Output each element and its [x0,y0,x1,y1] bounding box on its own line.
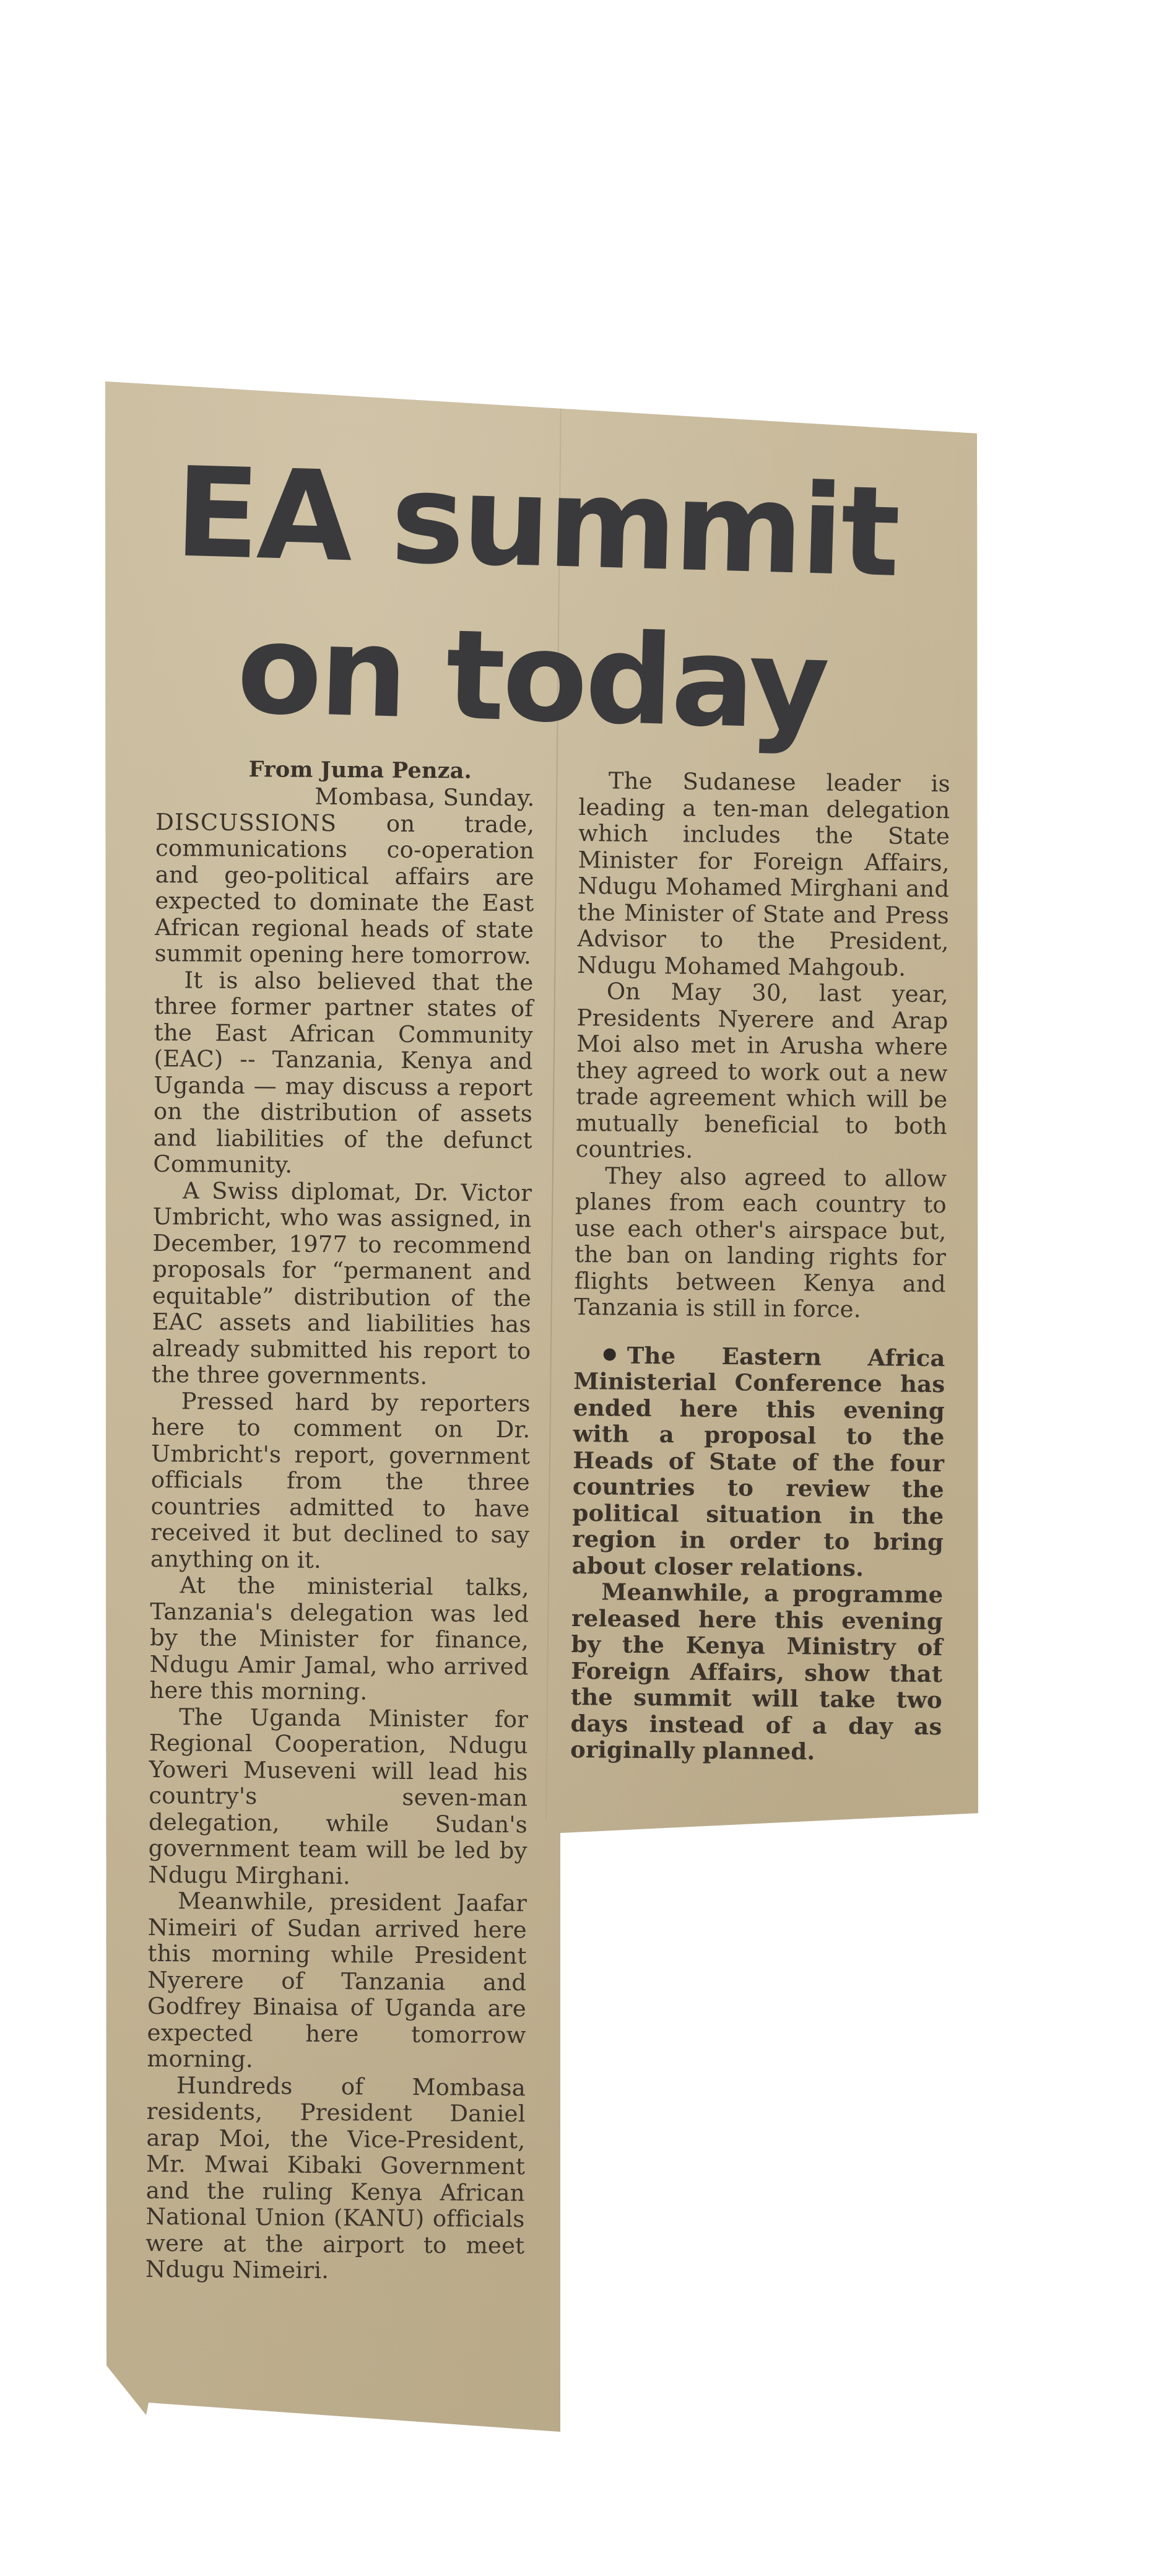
left-column: From Juma Penza. Mombasa, Sunday.DISCUSS… [145,755,535,2286]
paragraph: At the ministerial talks, Tanzania's del… [149,1572,529,1707]
newspaper-clipping: EA summit on today From Juma Penza. Momb… [0,0,1159,2576]
paragraph: Pressed hard by reporters here to commen… [150,1388,531,1575]
paragraph: They also agreed to allow planes from ea… [574,1162,947,1323]
paragraph: The Uganda Minister for Regional Coopera… [148,1704,528,1891]
headline: EA summit on today [115,434,953,767]
byline: From Juma Penza. [156,755,535,785]
bold-section: The Eastern Africa Ministerial Conferenc… [570,1341,945,1765]
paragraph: The Sudanese leader is leading a ten-man… [577,768,950,981]
dateline: Mombasa, Sunday. [155,783,534,812]
paragraph-lead: Mombasa, Sunday.DISCUSSIONS on trade, co… [155,783,535,970]
paragraph: On May 30, last year, Presidents Nyerere… [575,978,948,1166]
paragraph: Hundreds of Mombasa residents, President… [145,2072,526,2285]
bold-paragraph-text: The Eastern Africa Ministerial Conferenc… [572,1341,945,1581]
headline-line-2: on today [115,589,948,767]
headline-line-1: EA summit [119,434,953,612]
paragraph: It is also believed that the three forme… [153,967,533,1180]
bold-paragraph: Meanwhile, a programme released here thi… [570,1578,944,1766]
paragraph: A Swiss diplomat, Dr. Victor Umbricht, w… [152,1177,532,1390]
paragraph: Meanwhile, president Jaafar Nimeiri of S… [147,1888,527,2075]
lead-caps: DISCUSSIONS [155,808,337,836]
bold-paragraph: The Eastern Africa Ministerial Conferenc… [572,1341,945,1582]
bullet-icon [604,1348,616,1360]
right-column: The Sudanese leader is leading a ten-man… [570,768,950,1766]
